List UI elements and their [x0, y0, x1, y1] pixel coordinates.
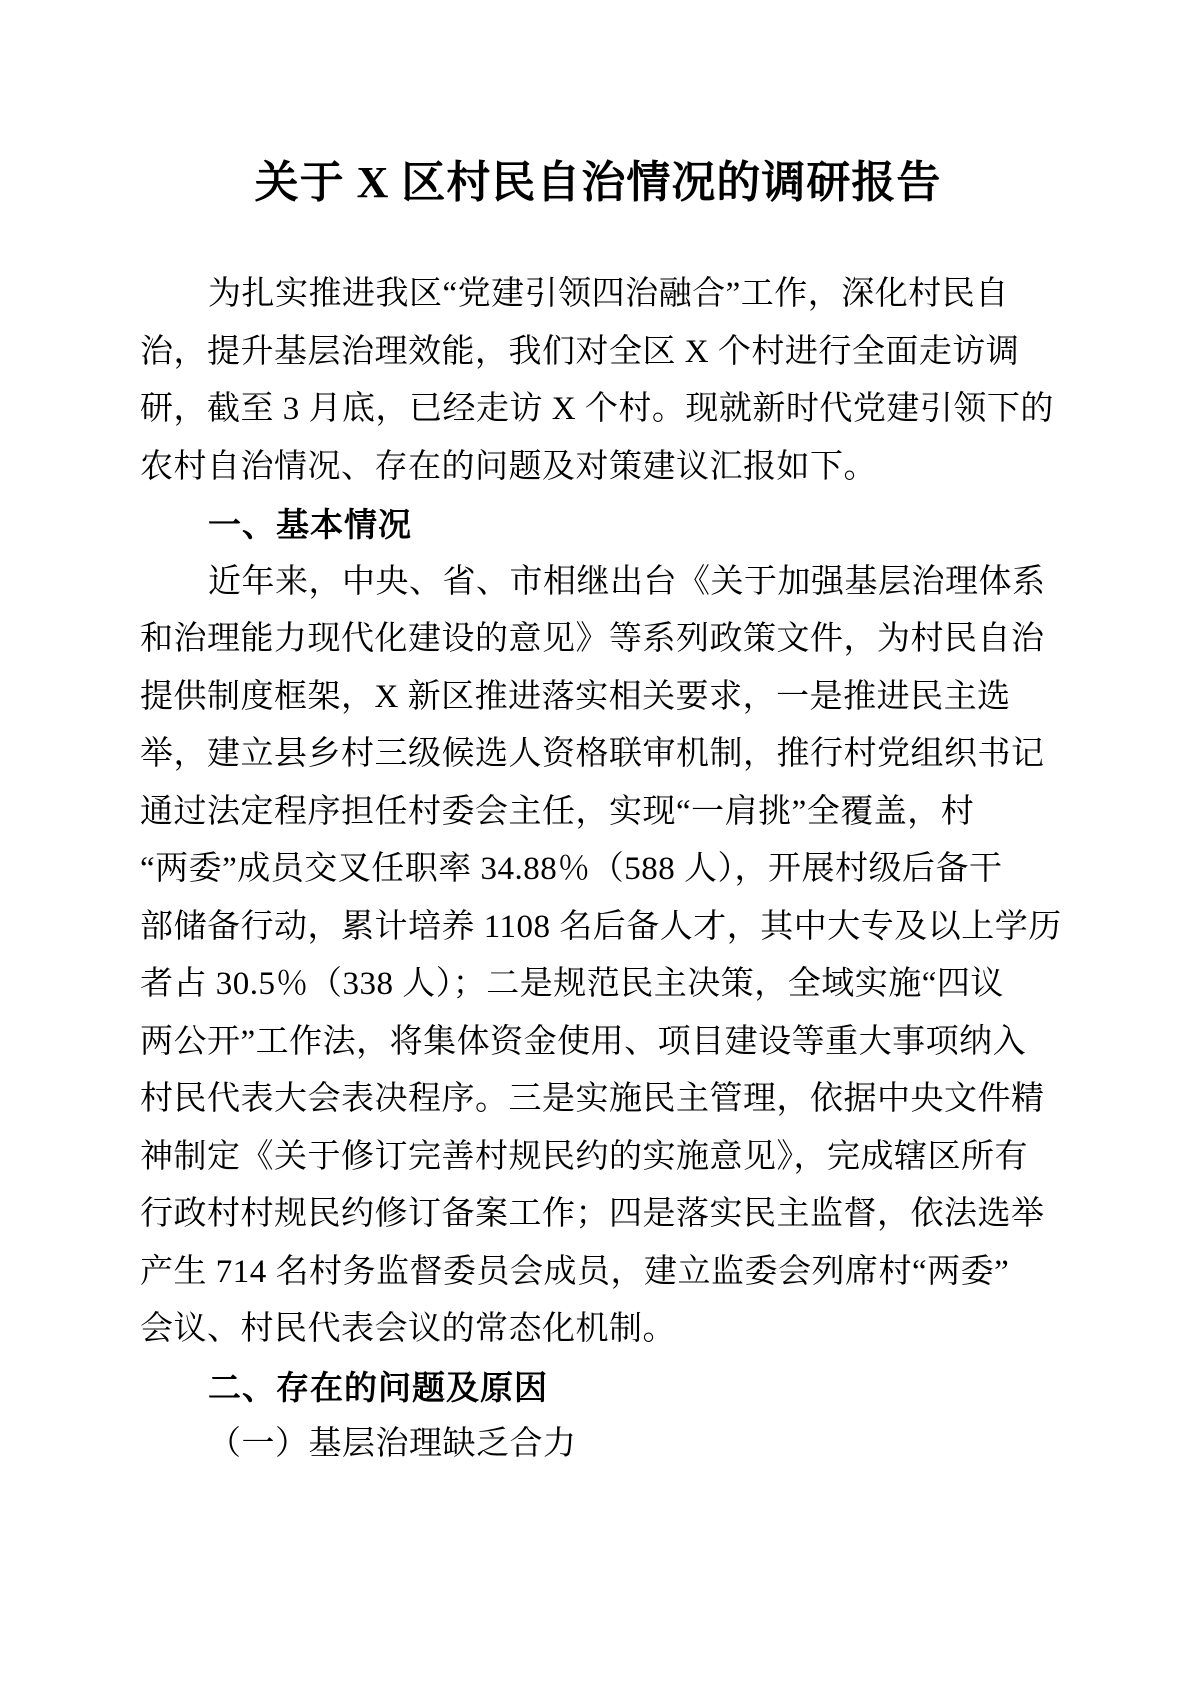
paragraph-line: “两委”成员交叉任职率 34.88％（588 人），开展村级后备干	[140, 841, 1056, 899]
paragraph-line: 村民代表大会表决程序。三是实施民主管理，依据中央文件精	[140, 1071, 1056, 1129]
paragraph-line: 两公开”工作法，将集体资金使用、项目建设等重大事项纳入	[140, 1014, 1056, 1072]
paragraph-line: 神制定《关于修订完善村规民约的实施意见》，完成辖区所有	[140, 1129, 1056, 1187]
paragraph-line: 农村自治情况、存在的问题及对策建议汇报如下。	[140, 439, 1056, 497]
subsection-heading: （一）基层治理缺乏合力	[140, 1416, 1056, 1474]
paragraph-line: 部储备行动，累计培养 1108 名后备人才，其中大专及以上学历	[140, 899, 1056, 957]
document-body: 为扎实推进我区“党建引领四治融合”工作，深化村民自治，提升基层治理效能，我们对全…	[140, 266, 1056, 1474]
paragraph-line: 近年来，中央、省、市相继出台《关于加强基层治理体系	[140, 554, 1056, 612]
paragraph-line: 产生 714 名村务监督委员会成员，建立监委会列席村“两委”	[140, 1244, 1056, 1302]
section-heading: 一、基本情况	[140, 496, 1056, 554]
paragraph-line: 举，建立县乡村三级候选人资格联审机制，推行村党组织书记	[140, 726, 1056, 784]
paragraph-line: 提供制度框架，X 新区推进落实相关要求，一是推进民主选	[140, 669, 1056, 727]
paragraph-line: 研，截至 3 月底，已经走访 X 个村。现就新时代党建引领下的	[140, 381, 1056, 439]
document-title: 关于 X 区村民自治情况的调研报告	[140, 150, 1056, 216]
paragraph-line: 行政村村规民约修订备案工作；四是落实民主监督，依法选举	[140, 1186, 1056, 1244]
paragraph-line: 者占 30.5％（338 人）；二是规范民主决策，全域实施“四议	[140, 956, 1056, 1014]
paragraph-line: 为扎实推进我区“党建引领四治融合”工作，深化村民自	[140, 266, 1056, 324]
section-heading: 二、存在的问题及原因	[140, 1359, 1056, 1417]
paragraph-line: 会议、村民代表会议的常态化机制。	[140, 1301, 1056, 1359]
paragraph-line: 通过法定程序担任村委会主任，实现“一肩挑”全覆盖，村	[140, 784, 1056, 842]
paragraph-line: 和治理能力现代化建设的意见》等系列政策文件，为村民自治	[140, 611, 1056, 669]
paragraph-line: 治，提升基层治理效能，我们对全区 X 个村进行全面走访调	[140, 324, 1056, 382]
document-page: 关于 X 区村民自治情况的调研报告 为扎实推进我区“党建引领四治融合”工作，深化…	[0, 0, 1190, 1683]
